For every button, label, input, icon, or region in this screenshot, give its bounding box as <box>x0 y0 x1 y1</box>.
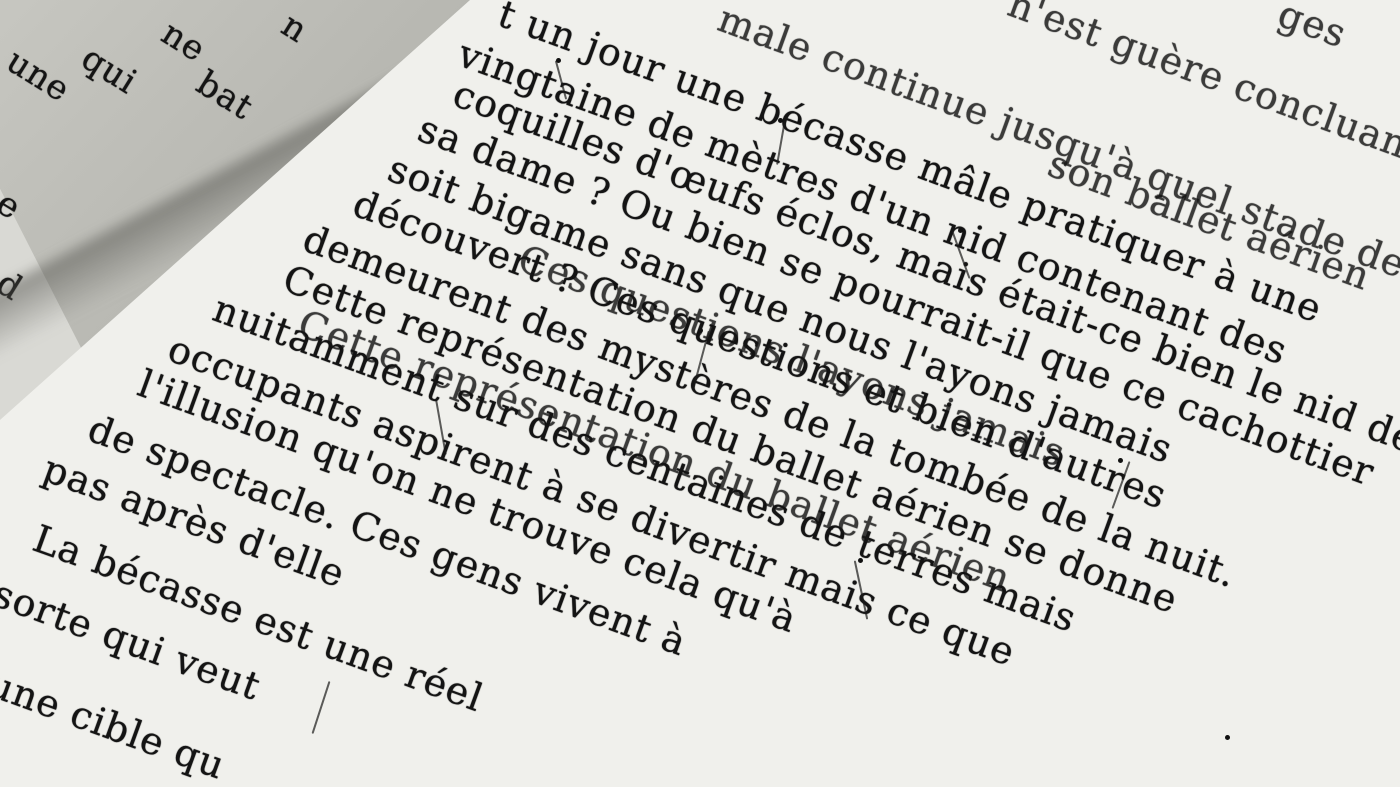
vine-bud <box>698 328 703 333</box>
vine-bud <box>1118 458 1123 463</box>
vine-bud <box>778 118 783 123</box>
vine-bud <box>958 228 963 233</box>
left-fragment: e <box>0 183 29 228</box>
vine-ornament <box>312 681 331 734</box>
overlap-text-line: ges <box>1272 0 1352 56</box>
left-fragment: bat <box>189 63 260 128</box>
vine-bud <box>556 58 561 63</box>
left-fragment: qui <box>74 38 144 102</box>
vine-bud <box>1225 735 1230 740</box>
left-fragment: ne <box>154 13 213 70</box>
vine-bud <box>858 558 863 563</box>
left-fragment: une <box>0 41 77 110</box>
left-fragment: n <box>274 5 315 51</box>
